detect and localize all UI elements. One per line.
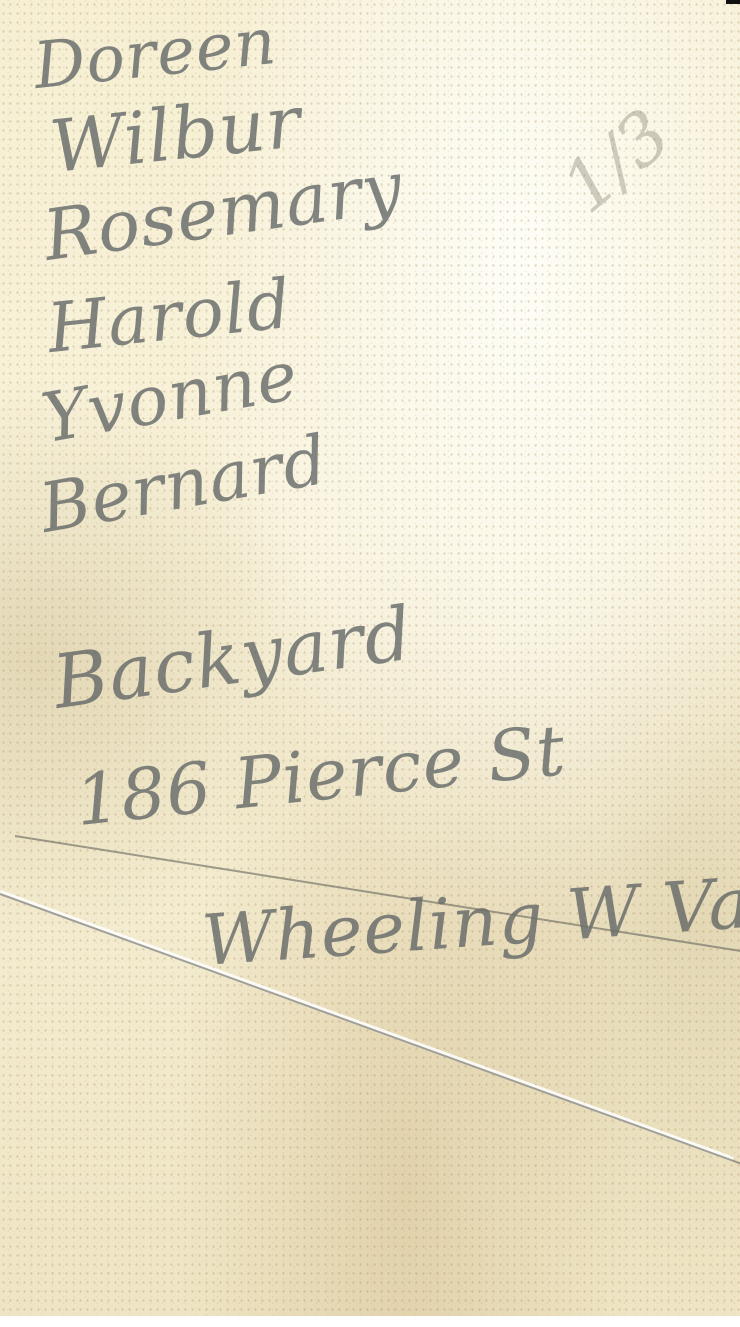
photo-back-card: 1/3 Doreen Wilbur Rosemary Harold Yvonne… — [0, 0, 740, 1316]
scan-corner-mark — [726, 0, 740, 4]
scan-border — [0, 1316, 740, 1327]
